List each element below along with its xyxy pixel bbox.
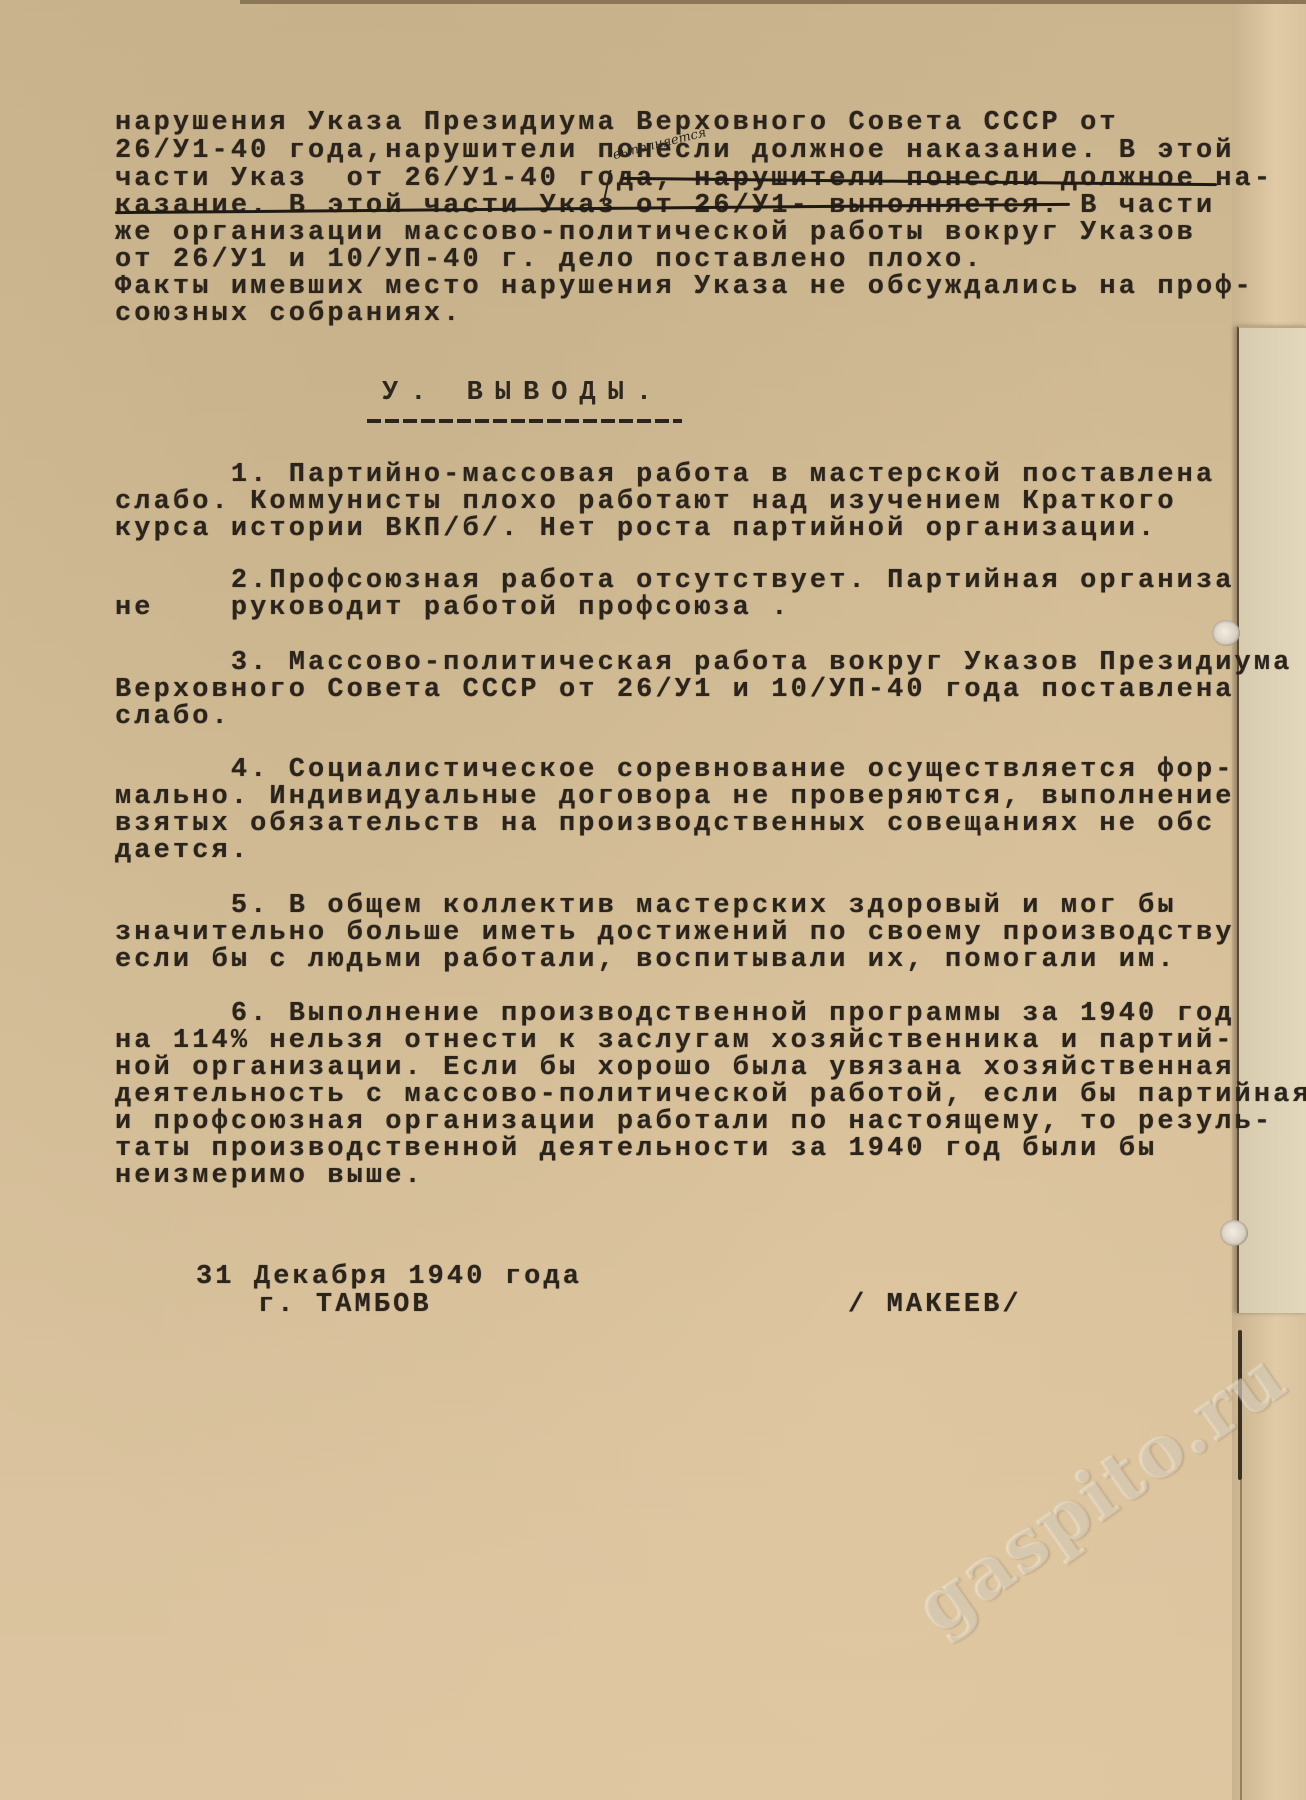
text-line: от 26/У1 и 10/УП-40 г. дело поставлено п… [115, 245, 984, 275]
binding-hole-icon [1220, 1220, 1248, 1246]
section-heading: У. ВЫВОДЫ. [382, 378, 664, 408]
conclusion-2-line: 2.Профсоюзная работа отсутствует. Партий… [115, 566, 1235, 596]
conclusion-4-line: мально. Индивидуальные договора не прове… [115, 782, 1235, 812]
text-line: нарушения Указа Президиума Верховного Со… [115, 108, 1119, 138]
conclusion-4-line: дается. [115, 836, 250, 866]
conclusion-6-line: деятельность с массово-политической рабо… [115, 1080, 1306, 1110]
document-city: г. ТАМБОВ [258, 1290, 432, 1320]
text-line: союзных собраниях. [115, 299, 462, 329]
conclusion-5-line: если бы с людьми работали, воспитывали и… [115, 945, 1177, 975]
conclusion-6-line: неизмеримо выше. [115, 1161, 424, 1191]
document-date: 31 Декабря 1940 года [196, 1262, 582, 1292]
underlying-sheet [1237, 326, 1306, 1313]
top-page-edge [240, 0, 1306, 4]
conclusion-4-line: взятых обязательств на производственных … [115, 809, 1215, 839]
conclusion-6-line: и профсоюзная организации работали по на… [115, 1107, 1273, 1137]
conclusion-2-line: не руководит работой профсоюза . [115, 593, 791, 623]
conclusion-1-line: 1. Партийно-массовая работа в мастерской… [115, 460, 1215, 490]
conclusion-6-line: 6. Выполнение производственной программы… [115, 999, 1235, 1029]
signature: / МАКЕЕВ/ [848, 1290, 1022, 1320]
conclusion-5-line: 5. В общем коллектив мастерских здоровый… [115, 891, 1177, 921]
conclusion-3-line: 3. Массово-политическая работа вокруг Ук… [115, 648, 1292, 678]
conclusion-6-line: таты производственной деятельности за 19… [115, 1134, 1157, 1164]
conclusion-1-line: курса истории ВКП/б/. Нет роста партийно… [115, 514, 1157, 544]
conclusion-1-line: слабо. Коммунисты плохо работают над изу… [115, 487, 1177, 517]
conclusion-3-line: слабо. [115, 702, 231, 732]
binding-hole-icon [1212, 620, 1240, 646]
conclusion-6-line: ной организации. Если бы хорошо была увя… [115, 1053, 1235, 1083]
conclusion-4-line: 4. Социалистическое соревнование осущест… [115, 755, 1235, 785]
conclusion-6-line: на 114% нельзя отнести к заслугам хозяйс… [115, 1026, 1235, 1056]
fold-crease [1240, 1480, 1242, 1800]
text-line: же организации массово-политической рабо… [115, 218, 1196, 248]
conclusion-5-line: значительно больше иметь достижений по с… [115, 918, 1235, 948]
heading-underline [367, 419, 682, 423]
conclusion-3-line: Верховного Совета СССР от 26/У1 и 10/УП-… [115, 675, 1235, 705]
text-line: Факты имевших место нарушения Указа не о… [115, 272, 1254, 302]
